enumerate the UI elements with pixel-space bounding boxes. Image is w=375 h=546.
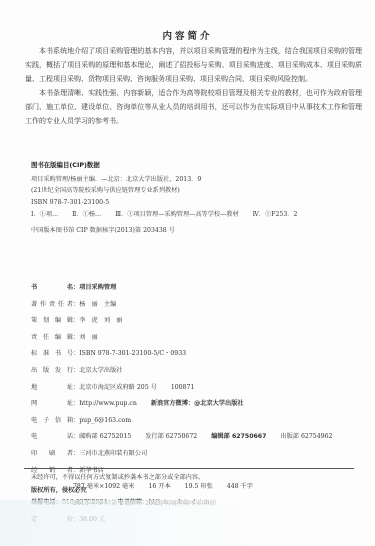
- info-book-title: 书名 ：项目采购管理: [31, 280, 371, 297]
- email-link[interactable]: pup_6@163.com: [79, 417, 131, 424]
- info-value: ：邮购部 62752015发行部 62750672编辑部 62750667出版部…: [73, 429, 371, 446]
- info-value: ：三河市北燕印装有限公司: [73, 446, 371, 463]
- cip-class-3: Ⅲ．①项目管理—采购管理—高等学校—教材: [115, 211, 239, 218]
- info-label: 印刷者: [31, 446, 73, 463]
- weibo-handle: 新浪官方微博：@北京大学出版社: [151, 400, 244, 407]
- cip-class-2: Ⅱ．①杨…: [72, 211, 101, 218]
- info-label: 网址: [31, 396, 73, 413]
- info-label: 出版发行: [31, 363, 73, 380]
- summary-paragraph: 本书系统地介绍了项目采购管理的基本内容，并以项目采购管理的程序为主线，结合我国项…: [25, 44, 362, 86]
- info-label: 电话: [31, 429, 73, 446]
- info-website: 网址 ：http://www.pup.cn新浪官方微博：@北京大学出版社: [31, 396, 371, 413]
- summary-body: 本书系统地介绍了项目采购管理的基本内容，并以项目采购管理的程序为主线，结合我国项…: [25, 44, 362, 128]
- info-label: 著作责任者: [31, 297, 73, 314]
- info-label: 电子信箱: [31, 413, 73, 430]
- info-author: 著作责任者 ：杨 丽 主编: [31, 297, 371, 314]
- info-value: ：http://www.pup.cn新浪官方微博：@北京大学出版社: [73, 396, 371, 413]
- info-standard-number: 标准书号 ：ISBN 978-7-301-23100-5/C・0933: [31, 346, 371, 363]
- info-label: 书名: [31, 280, 73, 297]
- info-phone: 电话 ：邮购部 62752015发行部 62750672编辑部 62750667…: [31, 429, 371, 446]
- cip-series: (21世纪全国高等院校采购与供应链管理专业系列教材): [31, 185, 361, 197]
- rights-reserved: 版权所有，侵权必究: [31, 485, 361, 498]
- info-value: ：杨 丽 主编: [73, 297, 371, 314]
- info-value: ：ISBN 978-7-301-23100-5/C・0933: [73, 346, 371, 363]
- info-address: 地址 ：北京市海淀区成府路 205 号100871: [31, 380, 371, 397]
- info-planning-editor: 策划编辑 ：李 虎 刘 丽: [31, 313, 371, 330]
- paper-stain: [0, 500, 375, 546]
- divider: [24, 468, 354, 469]
- info-value: ：李 虎 刘 丽: [73, 313, 371, 330]
- info-value: ：pup_6@163.com: [73, 413, 371, 430]
- summary-title: 内容简介: [0, 28, 375, 42]
- info-label: 责任编辑: [31, 330, 73, 347]
- info-publisher: 出版发行 ：北京大学出版社: [31, 363, 371, 380]
- cip-line: 项目采购管理/杨丽主编．—北京：北京大学出版社，2013．9: [31, 174, 361, 186]
- info-value: ：刘 丽: [73, 330, 371, 347]
- info-printer: 印刷者 ：三河市北燕印装有限公司: [31, 446, 371, 463]
- summary-paragraph: 本书条理清晰、实践性强、内容新颖，适合作为高等院校项目管理及相关专业的教材，也可…: [25, 86, 362, 128]
- copyright-page: 内容简介 本书系统地介绍了项目采购管理的基本内容，并以项目采购管理的程序为主线，…: [0, 0, 375, 546]
- info-responsible-editor: 责任编辑 ：刘 丽: [31, 330, 371, 347]
- copyright-notice: 未经许可，不得以任何方式复制或抄袭本书之部分或全部内容。: [31, 472, 361, 485]
- website-link[interactable]: http://www.pup.cn: [79, 400, 137, 407]
- info-value: ：北京大学出版社: [73, 363, 371, 380]
- cip-block: 图书在版编目(CIP)数据 项目采购管理/杨丽主编．—北京：北京大学出版社，20…: [31, 160, 361, 236]
- info-label: 标准书号: [31, 346, 73, 363]
- info-label: 地址: [31, 380, 73, 397]
- info-value: ：项目采购管理: [73, 280, 371, 297]
- cip-heading: 图书在版编目(CIP)数据: [31, 160, 361, 172]
- cip-class-4: Ⅳ．①F253．2: [253, 211, 298, 218]
- cip-class-1: Ⅰ．①项…: [31, 211, 58, 218]
- cip-isbn: ISBN 978-7-301-23100-5: [31, 197, 361, 209]
- info-email: 电子信箱 ：pup_6@163.com: [31, 413, 371, 430]
- info-value: ：北京市海淀区成府路 205 号100871: [73, 380, 371, 397]
- cip-classification: Ⅰ．①项… Ⅱ．①杨… Ⅲ．①项目管理—采购管理—高等学校—教材 Ⅳ．①F253…: [31, 209, 361, 221]
- cip-number: 中国版本图书馆 CIP 数据核字(2013)第 203438 号: [31, 225, 361, 237]
- info-label: 策划编辑: [31, 313, 73, 330]
